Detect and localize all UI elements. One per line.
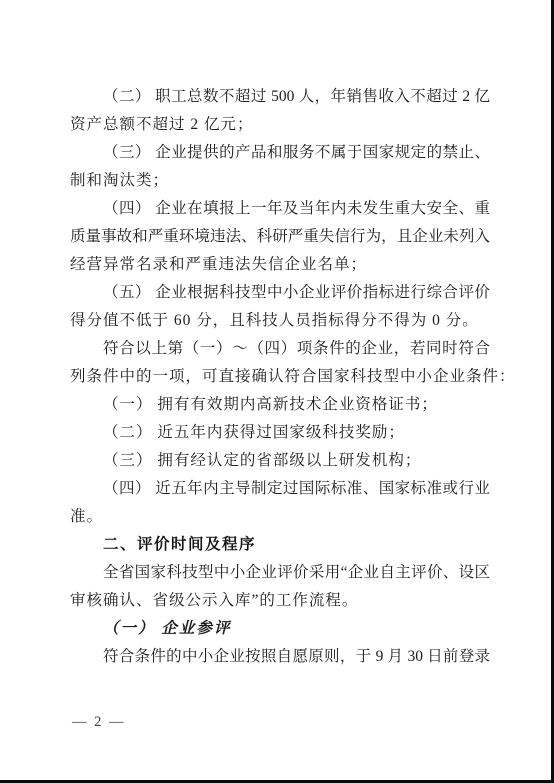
text-line: 质量事故和严重环境违法、科研严重失信行为，且企业未列入	[70, 223, 490, 251]
page-number: — 2 —	[72, 712, 126, 732]
text-line: 全省国家科技型中小企业评价采用“企业自主评价、设区市	[70, 559, 490, 587]
text-line: 资产总额不超过 2 亿元；	[70, 111, 490, 139]
text-line: （五） 企业根据科技型中小企业评价指标进行综合评价所	[70, 279, 490, 307]
document-body: （二） 职工总数不超过 500 人，年销售收入不超过 2 亿元，资产总额不超过 …	[70, 83, 490, 671]
text-line: 准。	[70, 503, 490, 531]
text-line: 审核确认、省级公示入库”的工作流程。	[70, 587, 490, 615]
text-line: 得分值不低于 60 分，且科技人员指标得分不得为 0 分。	[70, 307, 490, 335]
text-line: 符合条件的中小企业按照自愿原则，于 9 月 30 日前登录优	[70, 643, 490, 671]
text-line: （三） 拥有经认定的省部级以上研发机构；	[70, 447, 490, 475]
text-line: （二） 职工总数不超过 500 人，年销售收入不超过 2 亿元，	[70, 83, 490, 111]
text-line: 列条件中的一项，可直接确认符合国家科技型中小企业条件：	[70, 363, 490, 391]
text-line: （二） 近五年内获得过国家级科技奖励；	[70, 419, 490, 447]
text-line: （一） 拥有有效期内高新技术企业资格证书；	[70, 391, 490, 419]
text-line: 符合以上第（一）～（四）项条件的企业，若同时符合下	[70, 335, 490, 363]
text-line: 制和淘汰类；	[70, 167, 490, 195]
text-line: （三） 企业提供的产品和服务不属于国家规定的禁止、限	[70, 139, 490, 167]
text-line: 经营异常名录和严重违法失信企业名单；	[70, 251, 490, 279]
text-line: （一） 企业参评	[70, 615, 490, 643]
text-line: （四） 企业在填报上一年及当年内未发生重大安全、重大	[70, 195, 490, 223]
scanned-document-page: （二） 职工总数不超过 500 人，年销售收入不超过 2 亿元，资产总额不超过 …	[0, 0, 554, 783]
text-line: 二、评价时间及程序	[70, 531, 490, 559]
text-line: （四） 近五年内主导制定过国际标准、国家标准或行业标	[70, 475, 490, 503]
